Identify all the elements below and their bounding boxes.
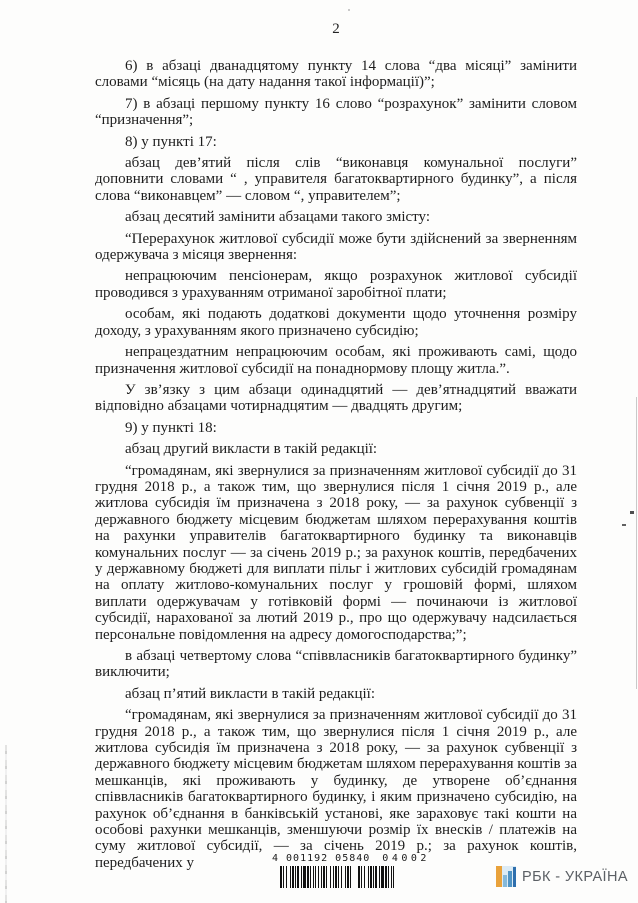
paragraph: “Перерахунок житлової субсидії може бути… (95, 231, 577, 264)
rbc-ukraine-logo: РБК - УКРАЇНА (496, 866, 628, 887)
scanned-document-page: 2 6) в абзаці дванадцятому пункту 14 сло… (0, 0, 638, 903)
barcode-digits-right: 04002 (382, 853, 430, 864)
barcode-bars-addon (358, 866, 394, 888)
scan-artifact-speck (630, 511, 634, 514)
paragraph: непрацюючим пенсіонерам, якщо розрахунок… (95, 268, 577, 301)
barcode: 4 001192 05840 04002 (270, 853, 430, 888)
scan-artifact-speck (348, 9, 350, 11)
barcode-bars-main (280, 866, 352, 888)
page-number: 2 (95, 21, 577, 38)
bar-chart-icon (496, 866, 516, 887)
paragraph: непрацездатним непрацюючим особам, які п… (95, 344, 577, 377)
scan-artifact-speck (622, 524, 626, 526)
paragraph: 9) у пункті 18: (95, 420, 577, 436)
document-body: 6) в абзаці дванадцятому пункту 14 слова… (95, 58, 577, 876)
paragraph: У зв’язку з цим абзаци одинадцятий — дев… (95, 382, 577, 415)
paragraph: “громадянам, які звернулися за призначен… (95, 707, 577, 871)
rbc-logo-text: РБК - УКРАЇНА (522, 869, 628, 885)
paragraph: 8) у пункті 17: (95, 134, 577, 150)
barcode-digits: 4 001192 05840 04002 (272, 853, 430, 864)
barcode-digits-left: 4 001192 05840 (272, 853, 370, 864)
paragraph: абзац дев’ятий після слів “виконавця ком… (95, 155, 577, 204)
paragraph: абзац п’ятий викласти в такій редакції: (95, 686, 577, 702)
scan-artifact-left-line (5, 745, 7, 903)
paragraph: в абзаці четвертому слова “співвласників… (95, 648, 577, 681)
paragraph: абзац другий викласти в такій редакції: (95, 441, 577, 457)
paragraph: 6) в абзаці дванадцятому пункту 14 слова… (95, 58, 577, 91)
paragraph: “громадянам, які звернулися за призначен… (95, 463, 577, 643)
barcode-bars (270, 866, 430, 888)
paragraph: 7) в абзаці першому пункту 16 слово “роз… (95, 96, 577, 129)
paragraph: абзац десятий замінити абзацами такого з… (95, 209, 577, 225)
paragraph: особам, які подають додаткові документи … (95, 306, 577, 339)
scan-artifact-right-line (636, 397, 637, 689)
